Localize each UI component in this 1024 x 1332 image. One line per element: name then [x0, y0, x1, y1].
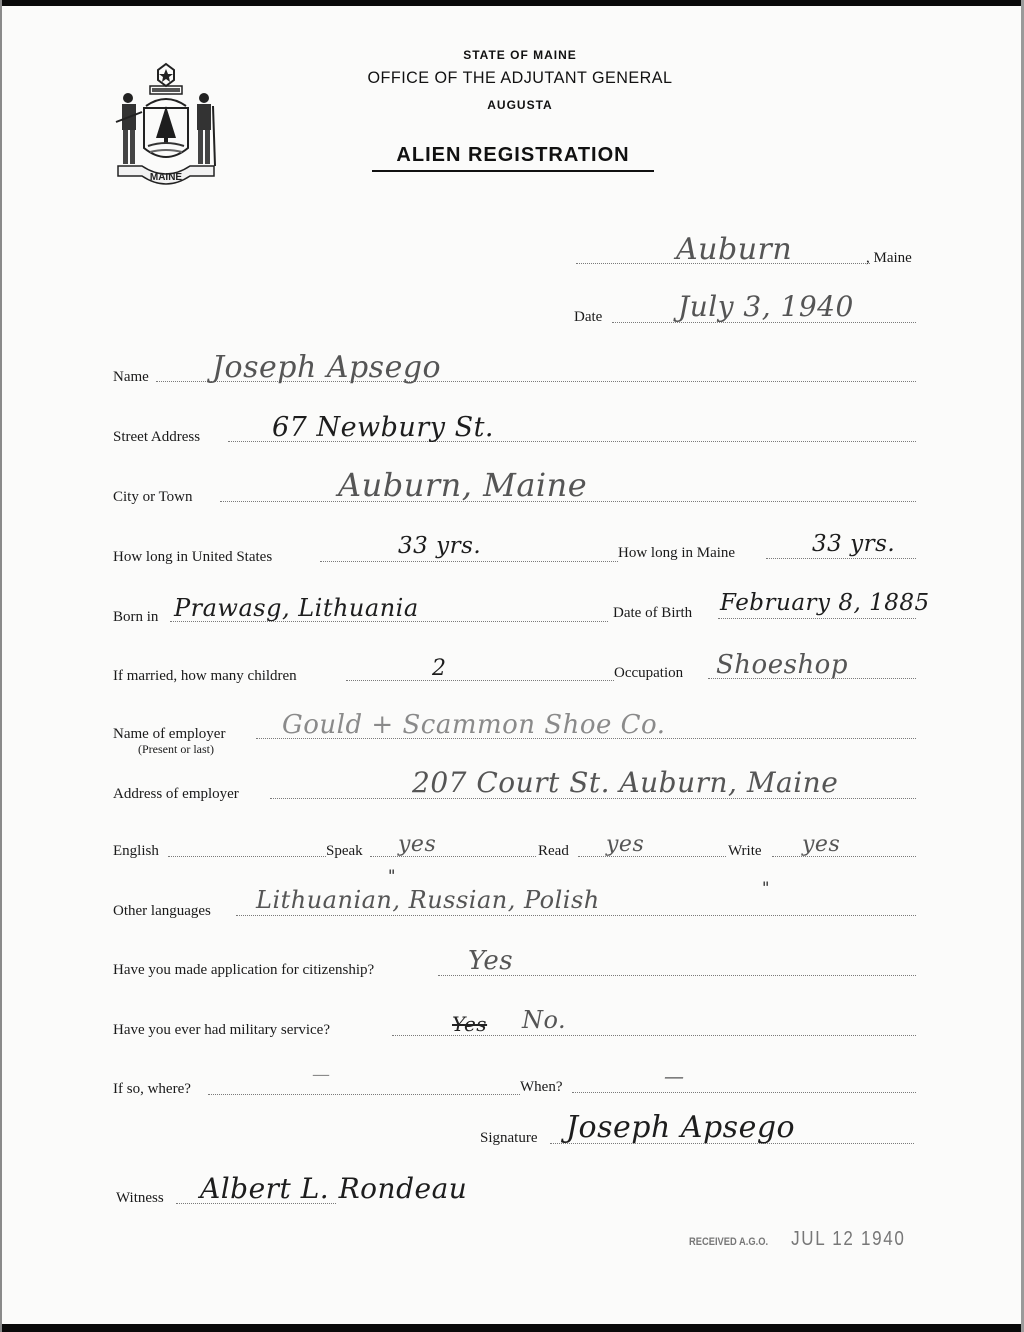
date-value[interactable]: July 3, 1940: [678, 290, 854, 323]
date-of-birth-label: Date of Birth: [613, 605, 692, 622]
write-line: [772, 855, 916, 857]
employer-name-value[interactable]: Gould + Scammon Shoe Co.: [282, 710, 666, 740]
occupation-value[interactable]: Shoeshop: [716, 650, 848, 680]
name-value[interactable]: Joseph Apsego: [212, 350, 441, 385]
place-value[interactable]: Auburn: [676, 232, 792, 267]
when-value[interactable]: —: [664, 1064, 690, 1088]
read-label: Read: [538, 843, 569, 860]
name-label: Name: [113, 369, 149, 386]
city-value[interactable]: Auburn, Maine: [338, 466, 587, 504]
signature-label: Signature: [480, 1130, 538, 1147]
place-suffix: , Maine: [866, 250, 912, 267]
received-stamp-text: RECEIVED A.G.O.: [689, 1236, 768, 1248]
where-label: If so, where?: [113, 1081, 191, 1098]
how-long-us-value[interactable]: 33 yrs.: [398, 533, 481, 559]
employer-address-value[interactable]: 207 Court St. Auburn, Maine: [412, 766, 838, 799]
write-value[interactable]: yes: [802, 832, 840, 857]
maine-seal-icon: MAINE: [112, 62, 220, 192]
scan-edge-bottom: [0, 1324, 1024, 1332]
date-of-birth-value[interactable]: February 8, 1885: [720, 590, 930, 616]
english-label: English: [113, 843, 159, 860]
how-long-us-label: How long in United States: [113, 549, 272, 566]
when-label: When?: [520, 1079, 562, 1096]
where-value[interactable]: —: [312, 1064, 331, 1085]
born-in-label: Born in: [113, 609, 158, 626]
header-office: OFFICE OF THE ADJUTANT GENERAL: [349, 68, 691, 88]
ditto-mark-2: ": [762, 878, 770, 897]
where-line: [208, 1093, 520, 1095]
received-stamp: RECEIVED A.G.O.JUL 12 1940: [682, 1228, 916, 1251]
employer-name-label: Name of employer: [113, 726, 225, 743]
citizenship-label: Have you made application for citizenshi…: [113, 962, 374, 979]
svg-text:MAINE: MAINE: [150, 172, 183, 183]
witness-value[interactable]: Albert L. Rondeau: [200, 1172, 467, 1205]
date-label: Date: [574, 309, 602, 326]
how-long-maine-label: How long in Maine: [618, 545, 735, 562]
how-long-maine-line: [766, 557, 916, 559]
header-state: STATE OF MAINE: [340, 48, 700, 62]
born-in-value[interactable]: Prawasg, Lithuania: [174, 594, 419, 622]
children-line: [346, 679, 614, 681]
employer-name-sublabel: (Present or last): [138, 742, 214, 757]
other-languages-line: [236, 914, 916, 916]
read-value[interactable]: yes: [606, 832, 644, 857]
read-line: [578, 855, 726, 857]
employer-address-label: Address of employer: [113, 786, 239, 803]
how-long-us-line: [320, 560, 618, 562]
street-address-label: Street Address: [113, 429, 200, 446]
witness-label: Witness: [116, 1190, 164, 1207]
street-address-value[interactable]: 67 Newbury St.: [272, 412, 494, 443]
military-value[interactable]: No.: [522, 1006, 566, 1034]
header-city: AUGUSTA: [340, 98, 700, 112]
speak-label: Speak: [326, 843, 363, 860]
military-struck-value: Yes: [452, 1012, 487, 1036]
when-line: [572, 1091, 916, 1093]
received-stamp-date: JUL 12 1940: [791, 1228, 905, 1251]
scan-edge-top: [0, 0, 1024, 6]
english-line: [168, 855, 326, 857]
write-label: Write: [728, 843, 762, 860]
signature-value[interactable]: Joseph Apsego: [566, 1110, 795, 1145]
other-languages-label: Other languages: [113, 903, 211, 920]
citizenship-value[interactable]: Yes: [468, 946, 513, 976]
form-title: ALIEN REGISTRATION: [372, 144, 654, 172]
date-of-birth-line: [718, 617, 916, 619]
other-languages-value[interactable]: Lithuanian, Russian, Polish: [256, 886, 600, 914]
children-value[interactable]: 2: [432, 656, 447, 681]
how-long-maine-value[interactable]: 33 yrs.: [812, 531, 895, 557]
scan-edge-left: [0, 0, 2, 1332]
occupation-label: Occupation: [614, 665, 683, 682]
speak-line: [370, 855, 536, 857]
children-label: If married, how many children: [113, 668, 297, 685]
ditto-mark-1: ": [388, 866, 396, 885]
speak-value[interactable]: yes: [398, 832, 436, 857]
city-label: City or Town: [113, 489, 193, 506]
military-label: Have you ever had military service?: [113, 1022, 330, 1039]
